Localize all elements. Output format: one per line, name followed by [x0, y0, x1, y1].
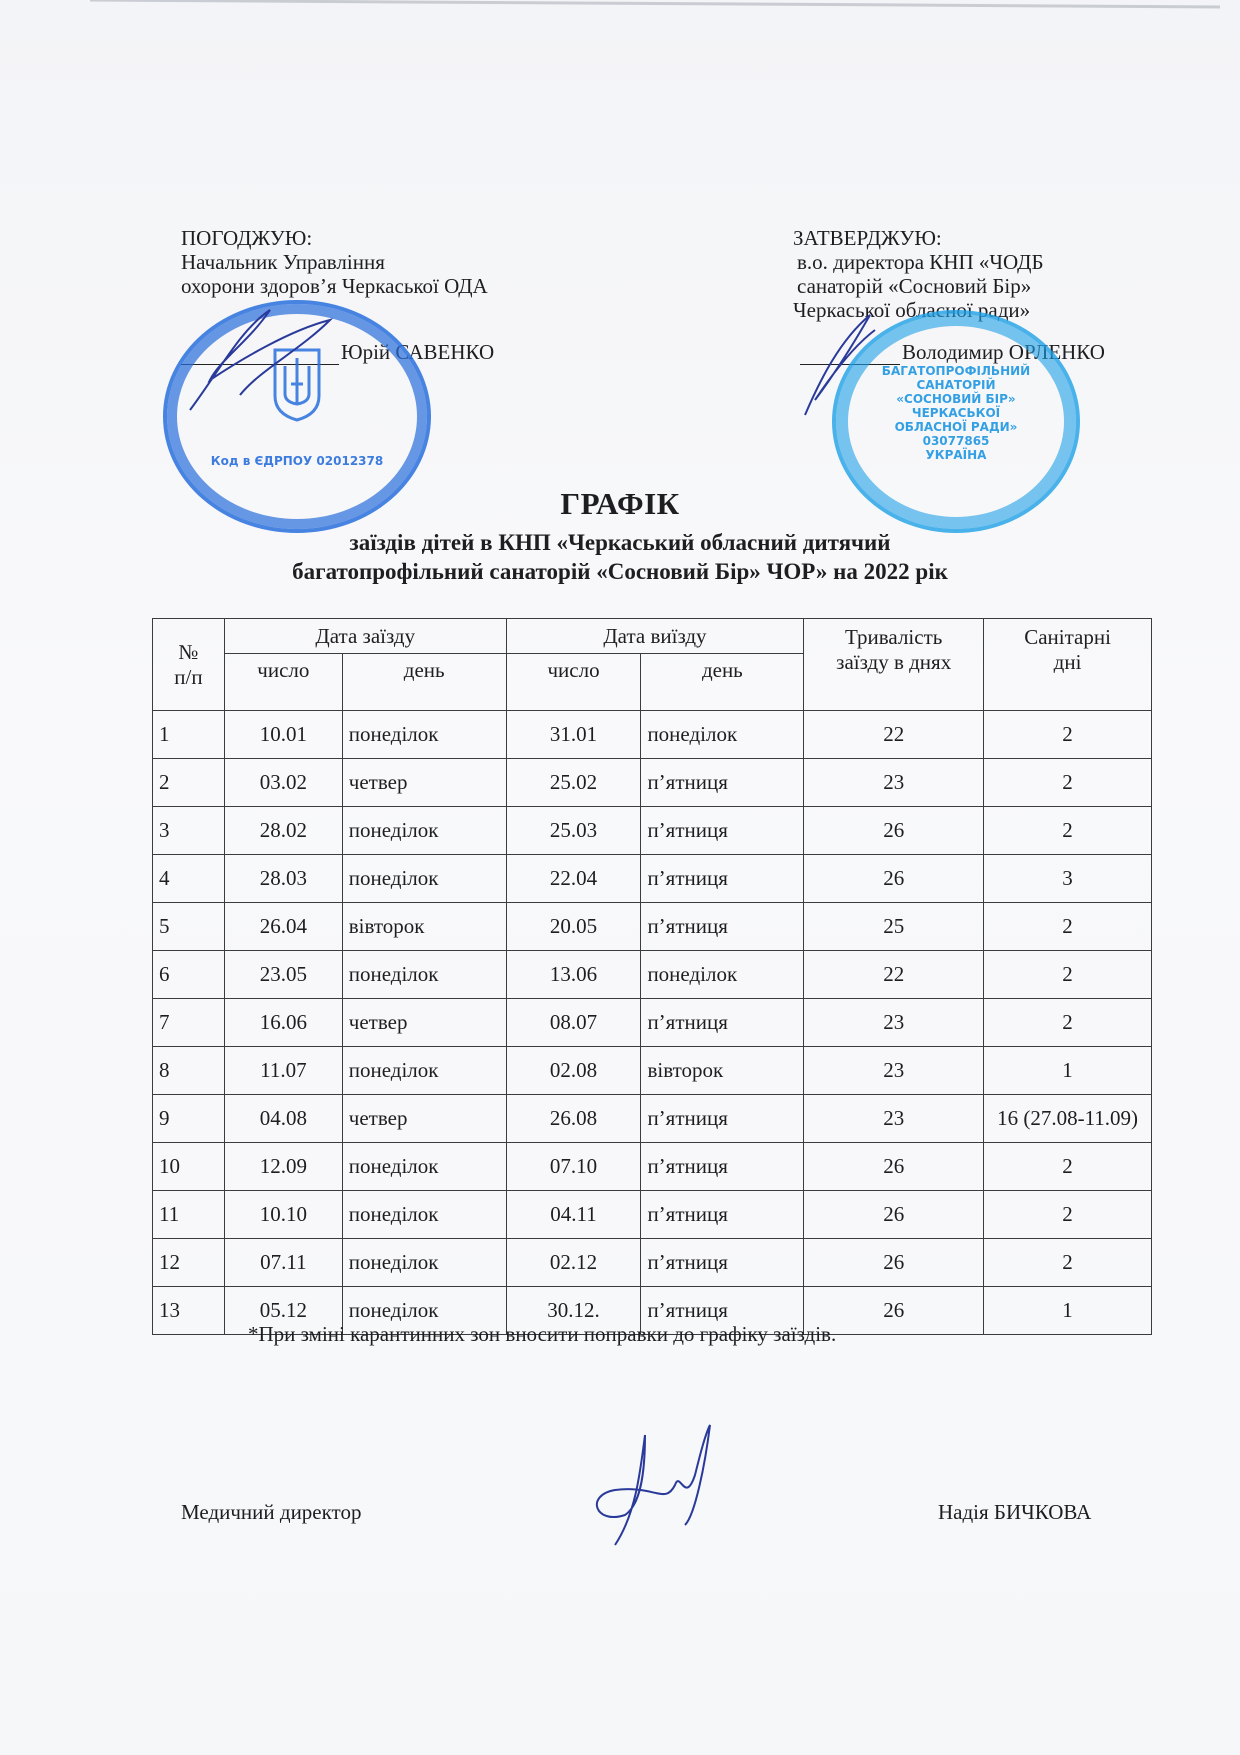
duration-days: 26 [804, 1143, 984, 1191]
agree-heading: ПОГОДЖУЮ: [181, 226, 488, 250]
row-number: 3 [153, 807, 225, 855]
agree-line: охорони здоров’я Черкаської ОДА [181, 274, 488, 298]
departure-date: 07.10 [506, 1143, 641, 1191]
subtitle-line: заїздів дітей в КНП «Черкаський обласний… [0, 528, 1240, 557]
agree-line: Начальник Управління [181, 250, 488, 274]
table-row: 716.06четвер08.07п’ятниця232 [153, 999, 1152, 1047]
approve-line: в.о. директора КНП «ЧОДБ [793, 250, 1044, 274]
arrival-date: 12.09 [224, 1143, 342, 1191]
sanitary-days: 2 [984, 1239, 1152, 1287]
row-number: 4 [153, 855, 225, 903]
arrival-date: 04.08 [224, 1095, 342, 1143]
departure-date: 26.08 [506, 1095, 641, 1143]
signature-medical-director [545, 1415, 725, 1555]
sanitary-days: 2 [984, 951, 1152, 999]
sanitary-days: 2 [984, 999, 1152, 1047]
duration-days: 22 [804, 951, 984, 999]
table-header-row: №п/п Дата заїзду Дата виїзду Тривалістьз… [153, 619, 1152, 654]
table-body: 110.01понеділок31.01понеділок222203.02че… [153, 711, 1152, 1335]
agree-signature-row: Юрій САВЕНКО [181, 340, 494, 365]
arrival-day: вівторок [342, 903, 506, 951]
approve-name: Володимир ОРЛЕНКО [902, 340, 1105, 364]
arrival-day: понеділок [342, 951, 506, 999]
duration-days: 25 [804, 903, 984, 951]
row-number: 6 [153, 951, 225, 999]
document-subtitle: заїздів дітей в КНП «Черкаський обласний… [0, 528, 1240, 586]
departure-day: п’ятниця [641, 759, 804, 807]
approve-line: санаторій «Сосновий Бір» [793, 274, 1044, 298]
departure-date: 25.03 [506, 807, 641, 855]
table-row: 110.01понеділок31.01понеділок222 [153, 711, 1152, 759]
approve-heading: ЗАТВЕРДЖУЮ: [793, 226, 1044, 250]
arrival-day: понеділок [342, 1191, 506, 1239]
duration-days: 26 [804, 1191, 984, 1239]
signature-approve [800, 310, 880, 420]
approve-block: ЗАТВЕРДЖУЮ: в.о. директора КНП «ЧОДБ сан… [793, 226, 1044, 322]
header-num: №п/п [153, 619, 225, 711]
arrival-date: 23.05 [224, 951, 342, 999]
signoff-name: Надія БИЧКОВА [938, 1500, 1091, 1525]
approve-signature-row: Володимир ОРЛЕНКО [800, 340, 1105, 365]
subtitle-line: багатопрофільний санаторій «Сосновий Бір… [0, 557, 1240, 586]
row-number: 5 [153, 903, 225, 951]
row-number: 12 [153, 1239, 225, 1287]
table-row: 328.02понеділок25.03п’ятниця262 [153, 807, 1152, 855]
row-number: 7 [153, 999, 225, 1047]
departure-day: п’ятниця [641, 1095, 804, 1143]
departure-date: 13.06 [506, 951, 641, 999]
duration-days: 23 [804, 999, 984, 1047]
header-arrival-date: число [224, 654, 342, 711]
signature-line [181, 346, 339, 365]
duration-days: 23 [804, 1095, 984, 1143]
departure-date: 20.05 [506, 903, 641, 951]
row-number: 11 [153, 1191, 225, 1239]
departure-date: 22.04 [506, 855, 641, 903]
arrival-date: 03.02 [224, 759, 342, 807]
arrival-day: понеділок [342, 807, 506, 855]
approve-line: Черкаської обласної ради» [793, 298, 1044, 322]
sanitary-days: 2 [984, 807, 1152, 855]
arrival-day: четвер [342, 1095, 506, 1143]
document-title: ГРАФІК [0, 486, 1240, 522]
arrival-date: 07.11 [224, 1239, 342, 1287]
agree-name: Юрій САВЕНКО [341, 340, 494, 364]
table-row: 428.03понеділок22.04п’ятниця263 [153, 855, 1152, 903]
departure-day: п’ятниця [641, 999, 804, 1047]
signoff-position: Медичний директор [181, 1500, 361, 1525]
departure-day: п’ятниця [641, 1191, 804, 1239]
arrival-day: понеділок [342, 1047, 506, 1095]
sanitary-days: 3 [984, 855, 1152, 903]
duration-days: 26 [804, 1239, 984, 1287]
table-row: 526.04вівторок20.05п’ятниця252 [153, 903, 1152, 951]
departure-day: вівторок [641, 1047, 804, 1095]
header-departure: Дата виїзду [506, 619, 804, 654]
departure-day: п’ятниця [641, 855, 804, 903]
departure-day: п’ятниця [641, 1143, 804, 1191]
sanitary-days: 2 [984, 1143, 1152, 1191]
header-sanitary: Санітарнідні [984, 619, 1152, 711]
departure-day: п’ятниця [641, 1239, 804, 1287]
departure-date: 02.12 [506, 1239, 641, 1287]
table-row: 1110.10понеділок04.11п’ятниця262 [153, 1191, 1152, 1239]
arrival-day: понеділок [342, 855, 506, 903]
sanitary-days: 1 [984, 1287, 1152, 1335]
duration-days: 22 [804, 711, 984, 759]
arrival-date: 10.01 [224, 711, 342, 759]
agree-block: ПОГОДЖУЮ: Начальник Управління охорони з… [181, 226, 488, 298]
duration-days: 26 [804, 855, 984, 903]
departure-day: п’ятниця [641, 807, 804, 855]
departure-date: 08.07 [506, 999, 641, 1047]
departure-day: п’ятниця [641, 903, 804, 951]
header-duration: Тривалістьзаїзду в днях [804, 619, 984, 711]
arrival-day: четвер [342, 759, 506, 807]
sanitary-days: 2 [984, 1191, 1152, 1239]
sanitary-days: 2 [984, 903, 1152, 951]
row-number: 1 [153, 711, 225, 759]
departure-date: 31.01 [506, 711, 641, 759]
table-row: 1012.09понеділок07.10п’ятниця262 [153, 1143, 1152, 1191]
sanitary-days: 2 [984, 711, 1152, 759]
arrival-date: 28.03 [224, 855, 342, 903]
duration-days: 23 [804, 759, 984, 807]
arrival-day: понеділок [342, 1239, 506, 1287]
sanitary-days: 2 [984, 759, 1152, 807]
duration-days: 26 [804, 807, 984, 855]
table-row: 904.08четвер26.08п’ятниця2316 (27.08-11.… [153, 1095, 1152, 1143]
document-page: ПОГОДЖУЮ: Начальник Управління охорони з… [0, 0, 1240, 1755]
sanitary-days: 1 [984, 1047, 1152, 1095]
duration-days: 23 [804, 1047, 984, 1095]
row-number: 2 [153, 759, 225, 807]
row-number: 8 [153, 1047, 225, 1095]
scan-edge [90, 0, 1220, 8]
arrival-date: 26.04 [224, 903, 342, 951]
departure-date: 04.11 [506, 1191, 641, 1239]
arrival-date: 16.06 [224, 999, 342, 1047]
footnote: *При зміні карантинних зон вносити попра… [248, 1322, 836, 1347]
signature-line [800, 346, 900, 365]
header-arrival: Дата заїзду [224, 619, 506, 654]
header-departure-day: день [641, 654, 804, 711]
departure-date: 02.08 [506, 1047, 641, 1095]
arrival-schedule-table: №п/п Дата заїзду Дата виїзду Тривалістьз… [152, 618, 1152, 1335]
departure-date: 25.02 [506, 759, 641, 807]
row-number: 10 [153, 1143, 225, 1191]
arrival-date: 28.02 [224, 807, 342, 855]
arrival-day: понеділок [342, 711, 506, 759]
row-number: 13 [153, 1287, 225, 1335]
arrival-date: 11.07 [224, 1047, 342, 1095]
table-row: 623.05понеділок13.06понеділок222 [153, 951, 1152, 999]
arrival-day: понеділок [342, 1143, 506, 1191]
arrival-day: четвер [342, 999, 506, 1047]
departure-day: понеділок [641, 951, 804, 999]
stamp-left-text: Код в ЄДРПОУ 02012378 [167, 454, 427, 468]
stamp-right-text: БАГАТОПРОФІЛЬНИЙ САНАТОРІЙ «СОСНОВИЙ БІР… [836, 364, 1076, 462]
header-arrival-day: день [342, 654, 506, 711]
arrival-date: 10.10 [224, 1191, 342, 1239]
table-row: 1207.11понеділок02.12п’ятниця262 [153, 1239, 1152, 1287]
sanitary-days: 16 (27.08-11.09) [984, 1095, 1152, 1143]
header-departure-date: число [506, 654, 641, 711]
row-number: 9 [153, 1095, 225, 1143]
table-row: 203.02четвер25.02п’ятниця232 [153, 759, 1152, 807]
departure-day: понеділок [641, 711, 804, 759]
table-row: 811.07понеділок02.08вівторок231 [153, 1047, 1152, 1095]
